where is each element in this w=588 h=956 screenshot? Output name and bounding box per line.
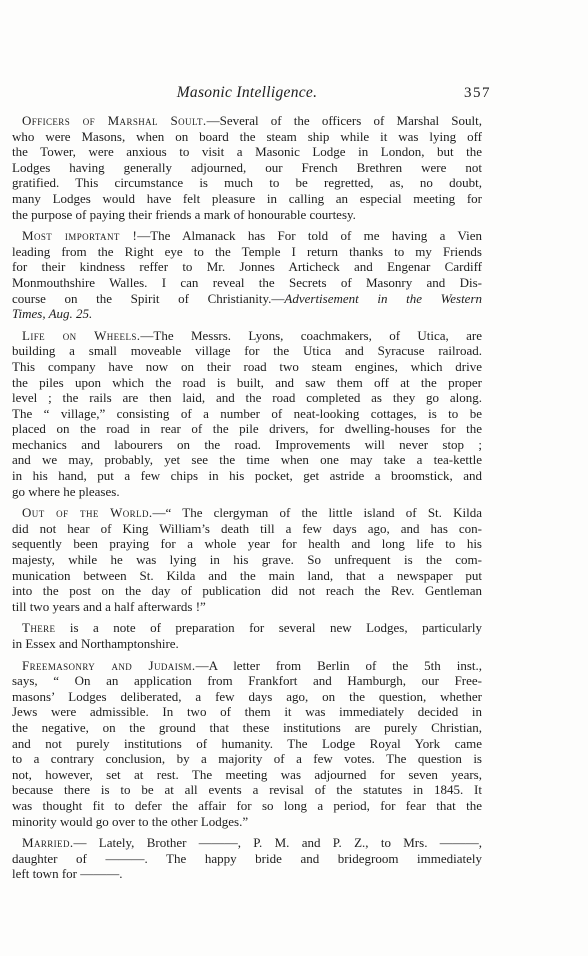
body-text-run: and not purely institutions of humanity.… bbox=[12, 736, 482, 751]
text-line: the negative, on the ground that these i… bbox=[12, 720, 482, 736]
body-text-run: in his hand, put a few chips in his pock… bbox=[12, 468, 482, 483]
text-line: The “ village,” consisting of a number o… bbox=[12, 406, 482, 422]
small-caps-lead: Out of the World. bbox=[22, 505, 153, 520]
document-page: Masonic Intelligence. 357 Officers of Ma… bbox=[0, 0, 588, 956]
text-line: who were Masons, when on board the steam… bbox=[12, 129, 482, 145]
italic-text: Times, Aug. 25. bbox=[12, 306, 92, 321]
text-line: munication between St. Kilda and the mai… bbox=[12, 568, 482, 584]
body-text-run: placed on the road in rear of the pile d… bbox=[12, 421, 482, 436]
text-line: the Tower, were anxious to visit a Mason… bbox=[12, 144, 482, 160]
text-line: left town for ———. bbox=[12, 866, 482, 882]
small-caps-lead: Life on Wheels. bbox=[22, 328, 140, 343]
small-caps-lead: Officers of Marshal Soult. bbox=[22, 113, 207, 128]
body-text-run: Lodges having generally adjourned, our F… bbox=[12, 160, 482, 175]
text-line: into the post on the day of publication … bbox=[12, 583, 482, 599]
body-text-run: Jews were admissible. In two of them it … bbox=[12, 704, 482, 719]
body-text-run: minority would go over to the other Lodg… bbox=[12, 814, 248, 829]
paragraph-life-on-wheels: Life on Wheels.—The Messrs. Lyons, coach… bbox=[12, 328, 482, 500]
paragraph-out-of-the-world: Out of the World.—“ The clergyman of the… bbox=[12, 505, 482, 614]
text-line: minority would go over to the other Lodg… bbox=[12, 814, 482, 830]
body-text-run: —“ The clergyman of the little island of… bbox=[153, 505, 482, 520]
text-line: Jews were admissible. In two of them it … bbox=[12, 704, 482, 720]
body-text-run: who were Masons, when on board the steam… bbox=[12, 129, 482, 144]
text-line: level ; the rails are then laid, and the… bbox=[12, 390, 482, 406]
text-line: many Lodges would have felt pleasure in … bbox=[12, 191, 482, 207]
text-line: the purpose of paying their friends a ma… bbox=[12, 207, 482, 223]
article-body: Officers of Marshal Soult.—Several of th… bbox=[12, 113, 482, 882]
text-line: Monmouthshire Walles. I can reveal the S… bbox=[12, 275, 482, 291]
body-text-run: did not hear of King William’s death til… bbox=[12, 521, 482, 536]
text-line: Lodges having generally adjourned, our F… bbox=[12, 160, 482, 176]
paragraph-most-important: Most important !—The Almanack has For to… bbox=[12, 228, 482, 322]
body-text-run: munication between St. Kilda and the mai… bbox=[12, 568, 482, 583]
body-text-run: till two years and a half afterwards !” bbox=[12, 599, 206, 614]
text-line: majesty, while he was lying in his grave… bbox=[12, 552, 482, 568]
body-text-run: level ; the rails are then laid, and the… bbox=[12, 390, 482, 405]
paragraph-freemasonry-and-judaism: Freemasonry and Judaism.—A letter from B… bbox=[12, 658, 482, 830]
body-text-run: left town for ———. bbox=[12, 866, 122, 881]
text-line: Times, Aug. 25. bbox=[12, 306, 482, 322]
text-line: for their kindness reffer to Mr. Jonnes … bbox=[12, 259, 482, 275]
text-line: to a contrary conclusion, by a majority … bbox=[12, 751, 482, 767]
body-text-run: into the post on the day of publication … bbox=[12, 583, 482, 598]
body-text-run: the piles upon which the road is built, … bbox=[12, 375, 482, 390]
small-caps-lead: Freemasonry and Judaism. bbox=[22, 658, 196, 673]
text-line: go where he pleases. bbox=[12, 484, 482, 500]
paragraph-new-lodges-note: There is a note of preparation for sever… bbox=[12, 620, 482, 651]
text-line: placed on the road in rear of the pile d… bbox=[12, 421, 482, 437]
body-text-run: the purpose of paying their friends a ma… bbox=[12, 207, 356, 222]
body-text-run: — Lately, Brother ———, P. M. and P. Z., … bbox=[74, 835, 482, 850]
text-line: till two years and a half afterwards !” bbox=[12, 599, 482, 615]
text-line: and we may, probably, yet see the time w… bbox=[12, 452, 482, 468]
body-text-run: go where he pleases. bbox=[12, 484, 120, 499]
text-line: Married.— Lately, Brother ———, P. M. and… bbox=[12, 835, 482, 851]
text-line: Out of the World.—“ The clergyman of the… bbox=[12, 505, 482, 521]
body-text-run: leading from the Right eye to the Temple… bbox=[12, 244, 482, 259]
body-text-run: the Tower, were anxious to visit a Mason… bbox=[12, 144, 482, 159]
body-text-run: building a small moveable village for th… bbox=[12, 343, 482, 358]
body-text-run: mechanics and labourers on the road. Imp… bbox=[12, 437, 482, 452]
body-text-run: because there is to be at all events a r… bbox=[12, 782, 482, 797]
body-text-run: This company have now on their road two … bbox=[12, 359, 482, 374]
body-text-run: for their kindness reffer to Mr. Jonnes … bbox=[12, 259, 482, 274]
italic-text: Advertisement in the Western bbox=[284, 291, 482, 306]
body-text-run: in Essex and Northamptonshire. bbox=[12, 636, 179, 651]
text-line: not, however, set at rest. The meeting w… bbox=[12, 767, 482, 783]
text-line: because there is to be at all events a r… bbox=[12, 782, 482, 798]
paragraph-married-notice: Married.— Lately, Brother ———, P. M. and… bbox=[12, 835, 482, 882]
body-text-run: Monmouthshire Walles. I can reveal the S… bbox=[12, 275, 482, 290]
text-line: This company have now on their road two … bbox=[12, 359, 482, 375]
text-line: sequently been praying for a whole year … bbox=[12, 536, 482, 552]
body-text-run: says, “ On an application from Frankfort… bbox=[12, 673, 482, 688]
text-column: Masonic Intelligence. 357 Officers of Ma… bbox=[12, 84, 482, 882]
text-line: daughter of ———. The happy bride and bri… bbox=[12, 851, 482, 867]
text-line: Most important !—The Almanack has For to… bbox=[12, 228, 482, 244]
paragraph-officers-of-marshal-soult: Officers of Marshal Soult.—Several of th… bbox=[12, 113, 482, 222]
text-line: There is a note of preparation for sever… bbox=[12, 620, 482, 636]
text-line: Life on Wheels.—The Messrs. Lyons, coach… bbox=[12, 328, 482, 344]
text-line: masons’ Lodges deliberated, a few days a… bbox=[12, 689, 482, 705]
text-line: did not hear of King William’s death til… bbox=[12, 521, 482, 537]
text-line: building a small moveable village for th… bbox=[12, 343, 482, 359]
body-text-run: daughter of ———. The happy bride and bri… bbox=[12, 851, 482, 866]
body-text-run: The “ village,” consisting of a number o… bbox=[12, 406, 482, 421]
text-line: and not purely institutions of humanity.… bbox=[12, 736, 482, 752]
body-text-run: course on the Spirit of Christianity.— bbox=[12, 291, 284, 306]
text-line: in Essex and Northamptonshire. bbox=[12, 636, 482, 652]
body-text-run: and we may, probably, yet see the time w… bbox=[12, 452, 482, 467]
body-text-run: not, however, set at rest. The meeting w… bbox=[12, 767, 482, 782]
body-text-run: —The Almanack has For told of me having … bbox=[137, 228, 482, 243]
body-text-run: masons’ Lodges deliberated, a few days a… bbox=[12, 689, 482, 704]
text-line: Officers of Marshal Soult.—Several of th… bbox=[12, 113, 482, 129]
running-title: Masonic Intelligence. bbox=[177, 84, 318, 101]
body-text-run: to a contrary conclusion, by a majority … bbox=[12, 751, 482, 766]
body-text-run: the negative, on the ground that these i… bbox=[12, 720, 482, 735]
body-text-run: —A letter from Berlin of the 5th inst., bbox=[196, 658, 482, 673]
text-line: was thought fit to defer the affair for … bbox=[12, 798, 482, 814]
body-text-run: many Lodges would have felt pleasure in … bbox=[12, 191, 482, 206]
page-number: 357 bbox=[464, 84, 491, 102]
text-line: Freemasonry and Judaism.—A letter from B… bbox=[12, 658, 482, 674]
small-caps-lead: Married. bbox=[22, 835, 74, 850]
page-header: Masonic Intelligence. 357 bbox=[12, 84, 482, 104]
body-text-run: —The Messrs. Lyons, coachmakers, of Utic… bbox=[140, 328, 482, 343]
small-caps-lead: Most important ! bbox=[22, 228, 137, 243]
body-text-run: majesty, while he was lying in his grave… bbox=[12, 552, 482, 567]
body-text-run: is a note of preparation for several new… bbox=[55, 620, 482, 635]
text-line: gratified. This circumstance is much to … bbox=[12, 175, 482, 191]
body-text-run: gratified. This circumstance is much to … bbox=[12, 175, 482, 190]
text-line: in his hand, put a few chips in his pock… bbox=[12, 468, 482, 484]
text-line: course on the Spirit of Christianity.—Ad… bbox=[12, 291, 482, 307]
body-text-run: was thought fit to defer the affair for … bbox=[12, 798, 482, 813]
body-text-run: sequently been praying for a whole year … bbox=[12, 536, 482, 551]
text-line: leading from the Right eye to the Temple… bbox=[12, 244, 482, 260]
text-line: says, “ On an application from Frankfort… bbox=[12, 673, 482, 689]
body-text-run: —Several of the officers of Marshal Soul… bbox=[207, 113, 482, 128]
text-line: the piles upon which the road is built, … bbox=[12, 375, 482, 391]
text-line: mechanics and labourers on the road. Imp… bbox=[12, 437, 482, 453]
small-caps-lead: There bbox=[22, 620, 55, 635]
